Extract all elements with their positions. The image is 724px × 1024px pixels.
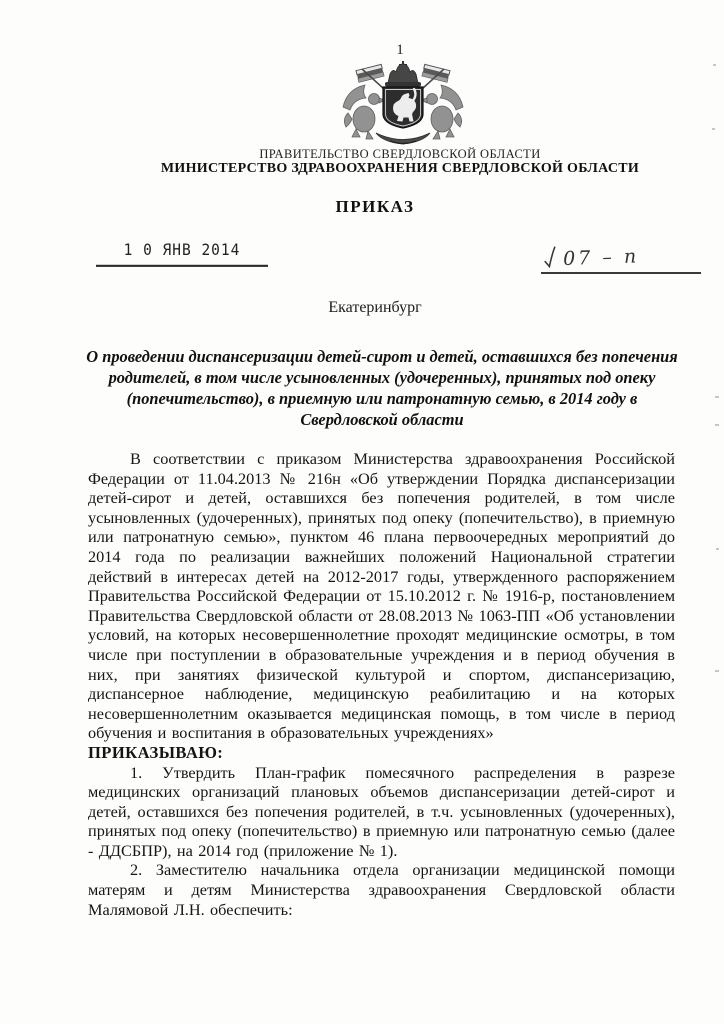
imperial-crown xyxy=(385,61,421,87)
scan-artifact xyxy=(715,424,719,426)
document-title: О проведении диспансеризации детей-сирот… xyxy=(82,346,682,430)
scan-artifact xyxy=(716,548,719,550)
scan-artifact xyxy=(713,64,716,66)
ministry-name: МИНИСТЕРСТВО ЗДРАВООХРАНЕНИЯ СВЕРДЛОВСКО… xyxy=(70,161,724,177)
handwritten-numero-mark xyxy=(543,245,558,269)
griffin-left xyxy=(343,85,385,139)
document-number-field: 07 – п xyxy=(541,232,701,274)
government-name: ПРАВИТЕЛЬСТВО СВЕРДЛОВСКОЙ ОБЛАСТИ xyxy=(88,147,712,162)
preamble-paragraph: В соответствии с приказом Министерства з… xyxy=(88,449,675,743)
document-number: 07 – п xyxy=(563,245,640,270)
right-flag xyxy=(422,64,450,82)
griffin-right xyxy=(421,85,463,139)
scan-artifact xyxy=(712,128,715,130)
decree-heading: ПРИКАЗЫВАЮ: xyxy=(88,743,675,763)
scan-artifact xyxy=(715,396,719,398)
page-number: 1 xyxy=(88,42,712,59)
document-body: В соответствии с приказом Министерства з… xyxy=(88,449,675,919)
base-ribbon xyxy=(376,133,430,144)
coat-of-arms-sverdlovsk-icon xyxy=(338,61,468,147)
document-type-heading: ПРИКАЗ xyxy=(88,197,662,217)
order-item-1: 1. Утвердить План-график помесячного рас… xyxy=(88,763,675,861)
date-stamp: 1 0 ЯНВ 2014 xyxy=(96,242,268,267)
scan-artifact xyxy=(715,670,719,672)
scanned-document-page: 1 xyxy=(0,0,724,1024)
city-name: Екатеринбург xyxy=(88,299,662,317)
left-flag xyxy=(356,64,384,82)
order-item-2: 2. Заместителю начальника отдела организ… xyxy=(88,860,675,919)
